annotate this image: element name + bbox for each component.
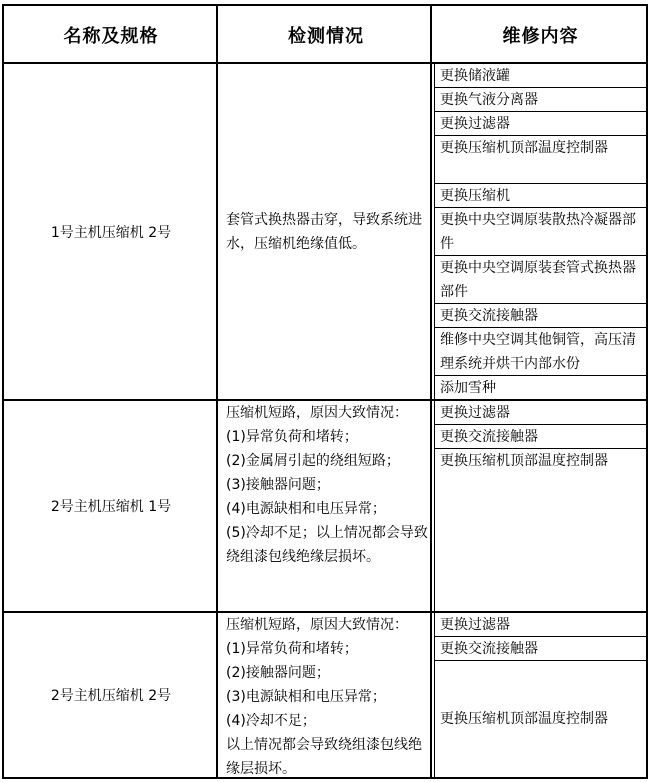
repair-table: 名称及规格 检测情况 维修内容 1号主机压缩机 2号 套管式换热器击穿，导致系统… xyxy=(2,4,648,779)
header-name-spec: 名称及规格 xyxy=(4,6,218,64)
repair-item: 更换压缩机顶部温度控制器 xyxy=(435,661,648,777)
repair-item: 更换过滤器 xyxy=(435,613,648,637)
inspection-line: 以上情况都会导致绕组漆包线绝缘层损坏。 xyxy=(226,733,428,781)
inspection-result: 套管式换热器击穿，导致系统进水，压缩机绝缘值低。 xyxy=(220,64,432,399)
equipment-name: 1号主机压缩机 2号 xyxy=(4,64,218,399)
inspection-result: 压缩机短路，原因大致情况： (1)异常负荷和堵转； (2)接触器问题； (3)电… xyxy=(220,613,432,777)
repair-item: 更换压缩机 xyxy=(435,184,648,208)
repair-item: 维修中央空调其他铜管，高压清理系统并烘干内部水份 xyxy=(435,328,648,376)
inspection-line: (2)接触器问题； xyxy=(226,661,428,685)
repair-item: 更换交流接触器 xyxy=(435,425,648,449)
inspection-line: (5)冷却不足；以上情况都会导致绕组漆包线绝缘层损坏。 xyxy=(226,521,428,569)
inspection-line: (1)异常负荷和堵转； xyxy=(226,425,428,449)
repair-item: 更换过滤器 xyxy=(435,401,648,425)
repair-list: 更换过滤器 更换交流接触器 更换压缩机顶部温度控制器 xyxy=(434,401,648,611)
repair-item: 添加雪种 xyxy=(435,376,648,399)
equipment-name: 2号主机压缩机 1号 xyxy=(4,401,218,611)
repair-item: 更换过滤器 xyxy=(435,112,648,136)
equipment-name: 2号主机压缩机 2号 xyxy=(4,613,218,777)
repair-item: 更换中央空调原装套管式换热器部件 xyxy=(435,256,648,304)
repair-item: 更换交流接触器 xyxy=(435,304,648,328)
repair-item: 更换中央空调原装散热冷凝器部件 xyxy=(435,208,648,256)
header-repair: 维修内容 xyxy=(434,6,647,64)
inspection-line: 压缩机短路，原因大致情况： xyxy=(226,401,428,425)
inspection-line: (3)电源缺相和电压异常； xyxy=(226,685,428,709)
repair-item: 更换压缩机顶部温度控制器 xyxy=(435,449,648,611)
header-inspection: 检测情况 xyxy=(220,6,432,64)
repair-list: 更换过滤器 更换交流接触器 更换压缩机顶部温度控制器 xyxy=(434,613,648,777)
repair-list: 更换储液罐 更换气液分离器 更换过滤器 更换压缩机顶部温度控制器 更换压缩机 更… xyxy=(434,64,648,399)
inspection-line: (4)电源缺相和电压异常； xyxy=(226,497,428,521)
repair-item: 更换压缩机顶部温度控制器 xyxy=(435,136,648,184)
repair-item: 更换气液分离器 xyxy=(435,88,648,112)
inspection-line: (1)异常负荷和堵转； xyxy=(226,637,428,661)
repair-item: 更换储液罐 xyxy=(435,64,648,88)
repair-item: 更换交流接触器 xyxy=(435,637,648,661)
inspection-line: (4)冷却不足； xyxy=(226,709,428,733)
inspection-line: 套管式换热器击穿，导致系统进水，压缩机绝缘值低。 xyxy=(226,208,428,256)
inspection-line: 压缩机短路，原因大致情况： xyxy=(226,613,428,637)
inspection-result: 压缩机短路，原因大致情况： (1)异常负荷和堵转； (2)金属屑引起的绕组短路；… xyxy=(220,401,432,611)
inspection-line: (3)接触器问题； xyxy=(226,473,428,497)
inspection-line: (2)金属屑引起的绕组短路； xyxy=(226,449,428,473)
